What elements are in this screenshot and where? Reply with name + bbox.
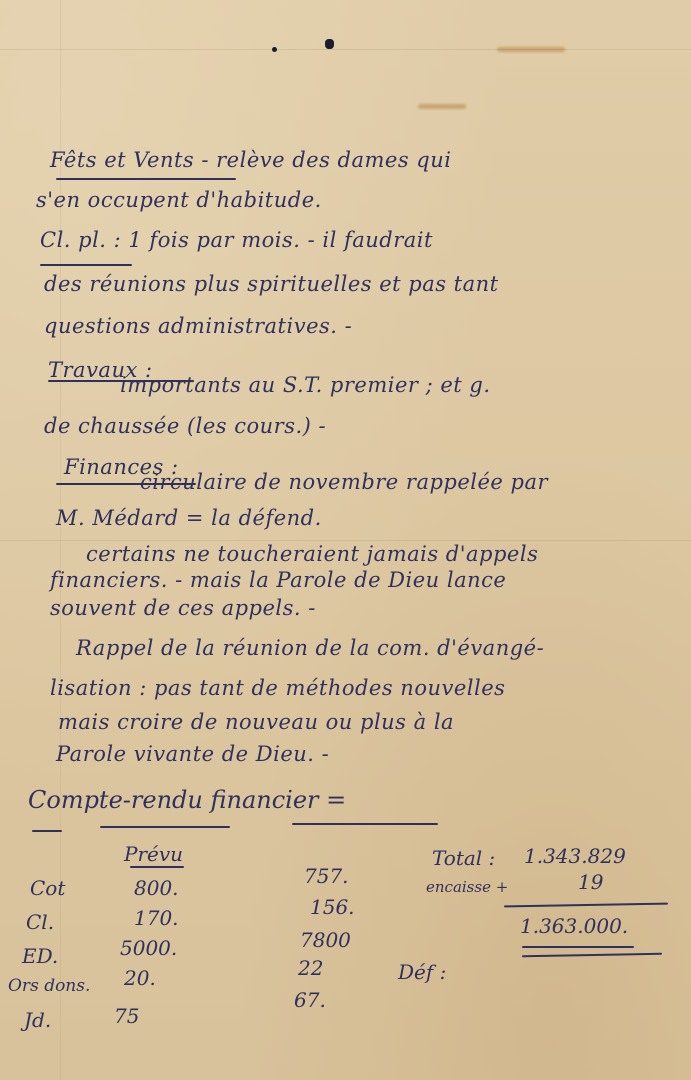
text-line: certains ne toucheraient jamais d'appels (86, 542, 538, 566)
ink-spot (272, 47, 277, 52)
row-label: ED. (22, 944, 58, 968)
row-actual: 757. (304, 864, 349, 888)
text-line: de chaussée (les cours.) - (44, 414, 326, 438)
row-prevu: 170. (134, 906, 179, 930)
text-line: Rappel de la réunion de la com. d'évangé… (76, 636, 544, 660)
row-prevu: 20. (124, 966, 156, 990)
paper-fold (0, 49, 691, 50)
row-prevu: 75 (114, 1004, 139, 1028)
text-line: lisation : pas tant de méthodes nouvelle… (50, 676, 505, 700)
caisse-value: 19 (578, 870, 603, 894)
heading-underline (40, 264, 132, 266)
grand-total-underline (522, 953, 662, 957)
column-header-prevu: Prévu (124, 842, 183, 866)
row-actual: 156. (310, 895, 355, 919)
text-line: M. Médard = la défend. (56, 506, 322, 530)
row-prevu: 800. (134, 876, 179, 900)
text-line: souvent de ces appels. - (50, 596, 316, 620)
paper-fold (0, 540, 691, 541)
total-value: 1.343.829 (524, 844, 626, 868)
row-prevu: 5000. (120, 936, 177, 960)
grand-total-underline (522, 946, 634, 948)
row-label: Cl. (26, 910, 54, 934)
document-page: Fêts et Vents - relève des dames qui s'e… (0, 0, 691, 1080)
total-label: Total : (432, 846, 495, 870)
row-label: Jd. (24, 1008, 51, 1032)
paper-stain (418, 104, 466, 109)
text-line: financiers. - mais la Parole de Dieu lan… (50, 568, 506, 592)
report-heading: Compte-rendu financier = (28, 786, 346, 814)
row-actual: 22 (298, 956, 323, 980)
text-line: importants au S.T. premier ; et g. (120, 373, 491, 397)
paper-stain (497, 47, 565, 52)
text-line: circulaire de novembre rappelée par (140, 470, 548, 494)
heading-underline (56, 178, 236, 180)
heading-underline (100, 826, 230, 828)
text-line: mais croire de nouveau ou plus à la (58, 710, 454, 734)
text-line: questions administratives. - (44, 314, 352, 338)
caisse-label: encaisse + (426, 878, 508, 896)
ink-spot (325, 39, 334, 49)
text-line: s'en occupent d'habitude. (36, 188, 322, 212)
grand-total: 1.363.000. (520, 914, 628, 938)
row-actual: 67. (294, 988, 326, 1012)
row-actual: 7800 (300, 928, 351, 952)
text-line: des réunions plus spirituelles et pas ta… (44, 272, 499, 296)
sum-line (504, 903, 668, 907)
column-underline (130, 866, 184, 868)
text-line: Fêts et Vents - relève des dames qui (50, 148, 451, 172)
row-label: Cot (30, 876, 65, 900)
text-line: Cl. pl. : 1 fois par mois. - il faudrait (40, 228, 433, 252)
text-line: Parole vivante de Dieu. - (56, 742, 329, 766)
row-label: Ors dons. (8, 976, 90, 996)
heading-underline (292, 823, 438, 825)
heading-underline (32, 830, 62, 832)
deficit-label: Déf : (398, 960, 446, 984)
